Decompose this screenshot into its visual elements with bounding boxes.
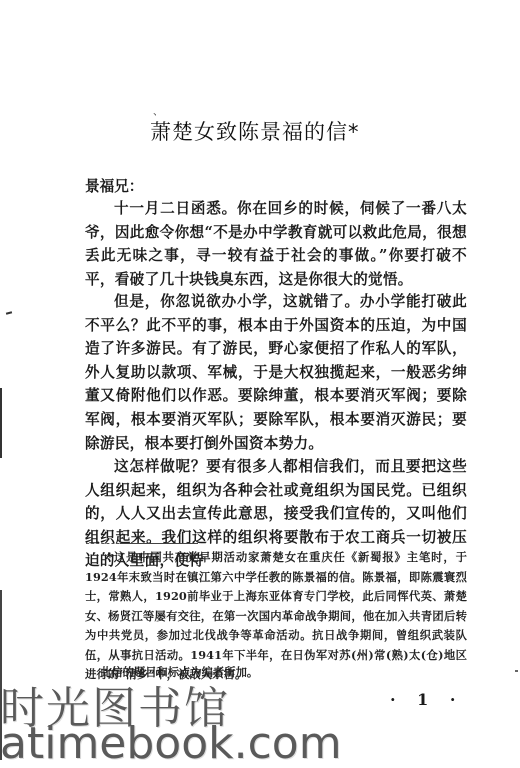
scan-mark xyxy=(515,670,518,672)
scan-mark xyxy=(6,311,12,314)
paragraph-text: 十一月二日函悉。你在回乡的时候，伺候了一番八太爷，因此愈令你想“不是办中学教育就… xyxy=(85,197,467,291)
book-page: 、 萧楚女致陈景福的信* 景福兄： 十一月二日函悉。你在回乡的时候，伺候了一番八… xyxy=(0,0,520,768)
paragraph-text: 但是，你忽说欲办小学，这就错了。办小学能打破此不平么？此不平的事，根本由于外国资… xyxy=(85,290,467,455)
paragraph-2: 但是，你忽说欲办小学，这就错了。办小学能打破此不平么？此不平的事，根本由于外国资… xyxy=(85,290,467,455)
watermark-url: atimebook.com xyxy=(0,718,342,768)
footnote-divider-solid xyxy=(120,543,198,544)
paragraph-1: 十一月二日函悉。你在回乡的时候，伺候了一番八太爷，因此愈令你想“不是办中学教育就… xyxy=(85,197,467,291)
page-number: · 1 · xyxy=(390,690,463,709)
scan-edge xyxy=(0,388,2,458)
salutation: 景福兄： xyxy=(85,175,143,196)
letter-title: 萧楚女致陈景福的信* xyxy=(150,116,410,146)
